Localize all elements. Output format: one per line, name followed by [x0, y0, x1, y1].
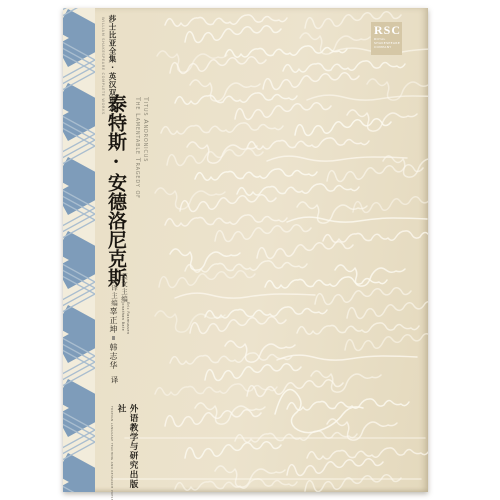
rsc-logo: RSC ROYAL SHAKESPEARE COMPANY	[371, 22, 402, 55]
book-cover-photo: WILLIAM SHAKESPEARE COMPLETE WORKS 莎士比亚全…	[0, 0, 500, 500]
main-title-en-line2: Titus Andronicus	[142, 97, 150, 162]
manuscript-texture	[95, 8, 428, 492]
main-title-en-line1: The Lamentable Tragedy of	[134, 97, 142, 199]
en-editor-label: 英文主编	[120, 273, 129, 303]
square-bullet-icon	[112, 336, 116, 340]
main-title-cn: 泰特斯·安德洛尼克斯	[103, 94, 130, 287]
publisher-cn: 外语教学与研究出版社	[115, 404, 139, 492]
cover: WILLIAM SHAKESPEARE COMPLETE WORKS 莎士比亚全…	[63, 8, 428, 492]
rsc-logo-abbr: RSC	[374, 24, 402, 37]
cn-editor-name: 辜正坤	[108, 307, 119, 334]
cn-editor-label: 汉译主编	[110, 277, 119, 307]
en-editor-name-2: Eric Rasmussen	[126, 302, 130, 334]
rsc-logo-line-3: COMPANY	[374, 45, 402, 49]
en-editor-name-1: Jonathan Bate	[121, 302, 125, 331]
publisher-en: FOREIGN LANGUAGE TEACHING AND RESEARCH P…	[110, 406, 114, 500]
chevron-pattern-band	[63, 8, 95, 492]
translator-name: 韩志华	[108, 343, 119, 370]
translator-role: 译	[109, 376, 120, 385]
